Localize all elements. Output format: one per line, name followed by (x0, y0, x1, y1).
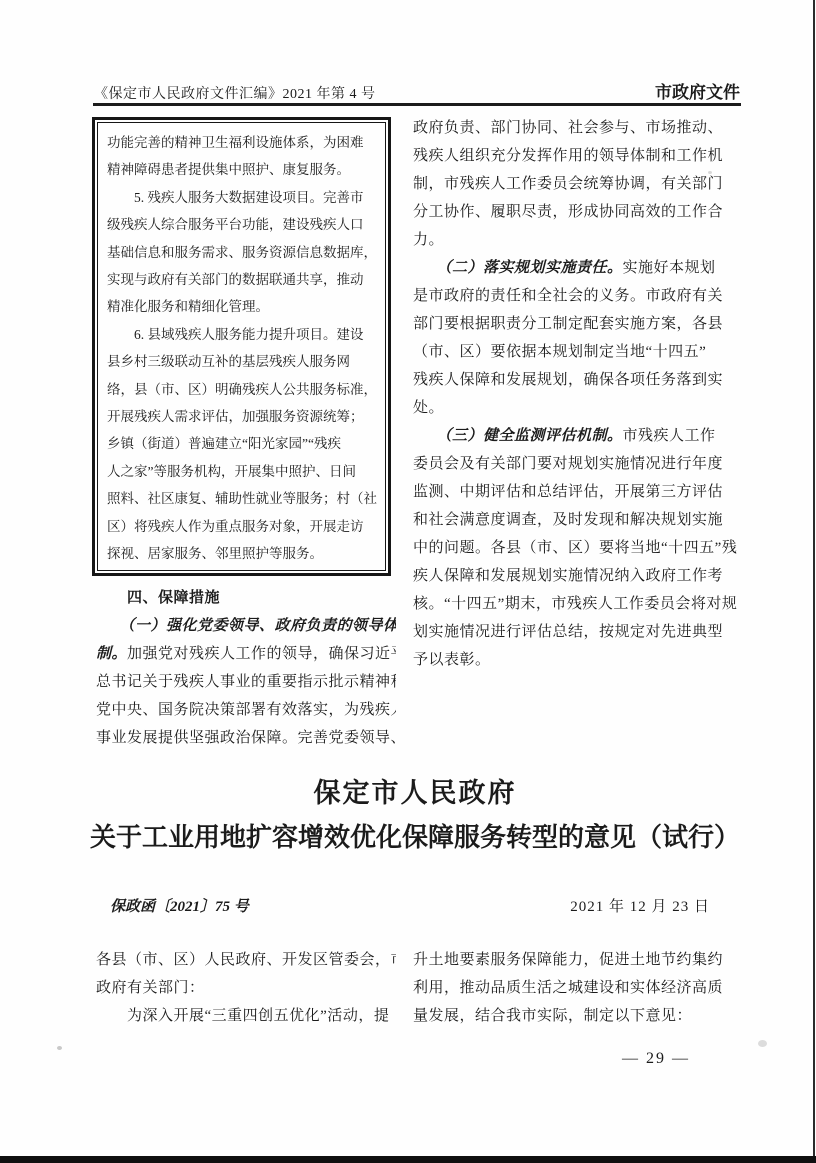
left-column-text: 四、保障措施 （一）强化党委领导、政府负责的领导体制。加强党对残疾人工作的领导，… (96, 584, 396, 752)
text-line: 为深入开展“三重四创五优化”活动，提 (96, 1002, 396, 1030)
text-line: 基础信息和服务需求、服务资源信息数据库， (107, 239, 377, 266)
text-line: 县乡村三级联动互补的基层残疾人服务网 (107, 348, 377, 375)
text-line: 和社会满意度调查，及时发现和解决规划实施 (413, 506, 745, 534)
scan-speck (758, 1040, 767, 1047)
text-line: 监测、中期评估和总结评估，开展第三方评估 (413, 478, 745, 506)
text-line: （三）健全监测评估机制。市残疾人工作 (413, 422, 745, 450)
text-line: 力。 (413, 226, 745, 254)
text-line: 精神障碍患者提供集中照护、康复服务。 (107, 156, 377, 183)
text-line: 处。 (413, 394, 745, 422)
text-line: 开展残疾人需求评估，加强服务资源统筹； (107, 403, 377, 430)
header-document-category: 市政府文件 (655, 78, 740, 103)
text-line: （一）强化党委领导、政府负责的领导体 (96, 612, 396, 640)
document-title-block: 保定市人民政府 关于工业用地扩容增效优化保障服务转型的意见（试行） (85, 776, 745, 860)
boxed-text-section: 功能完善的精神卫生福利设施体系，为困难精神障碍患者提供集中照护、康复服务。 5.… (92, 117, 391, 576)
scan-edge-right (813, 0, 815, 1163)
text-line: 区）将残疾人作为重点服务对象，开展走访 (107, 513, 377, 540)
text-line: 级残疾人综合服务平台功能，建设残疾人口 (107, 211, 377, 238)
text-line: 部门要根据职责分工制定配套实施方案，各县 (413, 310, 745, 338)
text-line: 中的问题。各县（市、区）要将当地“十四五”残 (413, 534, 745, 562)
text-line: 委员会及有关部门要对规划实施情况进行年度 (413, 450, 745, 478)
scan-speck (57, 1046, 62, 1050)
text-line: 四、保障措施 (96, 584, 396, 612)
page-header: 《保定市人民政府文件汇编》2021 年第 4 号 市政府文件 (94, 78, 740, 103)
text-line: 各县（市、区）人民政府、开发区管委会，市 (96, 946, 396, 974)
right-column-text: 政府负责、部门协同、社会参与、市场推动、残疾人组织充分发挥作用的领导体制和工作机… (413, 114, 745, 674)
text-line: 6. 县域残疾人服务能力提升项目。建设 (107, 321, 377, 348)
text-line: 人之家”等服务机构，开展集中照护、日间 (107, 458, 377, 485)
bottom-left-column-text: 各县（市、区）人民政府、开发区管委会，市政府有关部门： 为深入开展“三重四创五优… (96, 946, 396, 1030)
text-line: 事业发展提供坚强政治保障。完善党委领导、 (96, 724, 396, 752)
header-divider-rule (93, 103, 741, 106)
text-line: 划实施情况进行评估总结，按规定对先进典型 (413, 618, 745, 646)
text-line: 分工协作、履职尽责，形成协同高效的工作合 (413, 198, 745, 226)
document-number: 保政函〔2021〕75 号 (110, 895, 249, 916)
text-line: 精准化服务和精细化管理。 (107, 293, 377, 320)
text-line: 核。“十四五”期末，市残疾人工作委员会将对规 (413, 590, 745, 618)
text-line: 实现与政府有关部门的数据联通共享，推动 (107, 266, 377, 293)
document-date: 2021 年 12 月 23 日 (570, 895, 710, 916)
scan-speck (708, 171, 712, 174)
text-line: 政府负责、部门协同、社会参与、市场推动、 (413, 114, 745, 142)
document-title: 关于工业用地扩容增效优化保障服务转型的意见（试行） (85, 816, 745, 860)
boxed-text-content: 功能完善的精神卫生福利设施体系，为困难精神障碍患者提供集中照护、康复服务。 5.… (97, 122, 386, 571)
text-line: 党中央、国务院决策部署有效落实，为残疾人 (96, 696, 396, 724)
text-line: 5. 残疾人服务大数据建设项目。完善市 (107, 184, 377, 211)
page-number: — 29 — (596, 1050, 716, 1068)
text-line: 疾人保障和发展规划实施情况纳入政府工作考 (413, 562, 745, 590)
scan-edge-bottom (0, 1156, 816, 1163)
text-line: 残疾人组织充分发挥作用的领导体制和工作机 (413, 142, 745, 170)
text-line: 政府有关部门： (96, 974, 396, 1002)
document-meta-row: 保政函〔2021〕75 号 2021 年 12 月 23 日 (110, 895, 710, 916)
header-compilation-title: 《保定市人民政府文件汇编》2021 年第 4 号 (94, 83, 376, 103)
text-line: 络，县（市、区）明确残疾人公共服务标准， (107, 376, 377, 403)
text-line: 予以表彰。 (413, 646, 745, 674)
text-line: （市、区）要依据本规划制定当地“十四五” (413, 338, 745, 366)
issuing-authority-title: 保定市人民政府 (85, 776, 745, 810)
text-line: 升土地要素服务保障能力，促进土地节约集约 (413, 946, 745, 974)
text-line: 利用，推动品质生活之城建设和实体经济高质 (413, 974, 745, 1002)
text-line: （二）落实规划实施责任。实施好本规划 (413, 254, 745, 282)
text-line: 总书记关于残疾人事业的重要指示批示精神和 (96, 668, 396, 696)
text-line: 制。加强党对残疾人工作的领导，确保习近平 (96, 640, 396, 668)
text-line: 制，市残疾人工作委员会统筹协调，有关部门 (413, 170, 745, 198)
text-line: 是市政府的责任和全社会的义务。市政府有关 (413, 282, 745, 310)
text-line: 残疾人保障和发展规划，确保各项任务落到实 (413, 366, 745, 394)
text-line: 照料、社区康复、辅助性就业等服务；村（社 (107, 485, 377, 512)
text-line: 探视、居家服务、邻里照护等服务。 (107, 540, 377, 567)
scanned-document-page: 《保定市人民政府文件汇编》2021 年第 4 号 市政府文件 功能完善的精神卫生… (0, 0, 816, 1163)
text-line: 量发展，结合我市实际，制定以下意见： (413, 1002, 745, 1030)
text-line: 功能完善的精神卫生福利设施体系，为困难 (107, 129, 377, 156)
text-line: 乡镇（街道）普遍建立“阳光家园”“残疾 (107, 430, 377, 457)
bottom-right-column-text: 升土地要素服务保障能力，促进土地节约集约利用，推动品质生活之城建设和实体经济高质… (413, 946, 745, 1030)
